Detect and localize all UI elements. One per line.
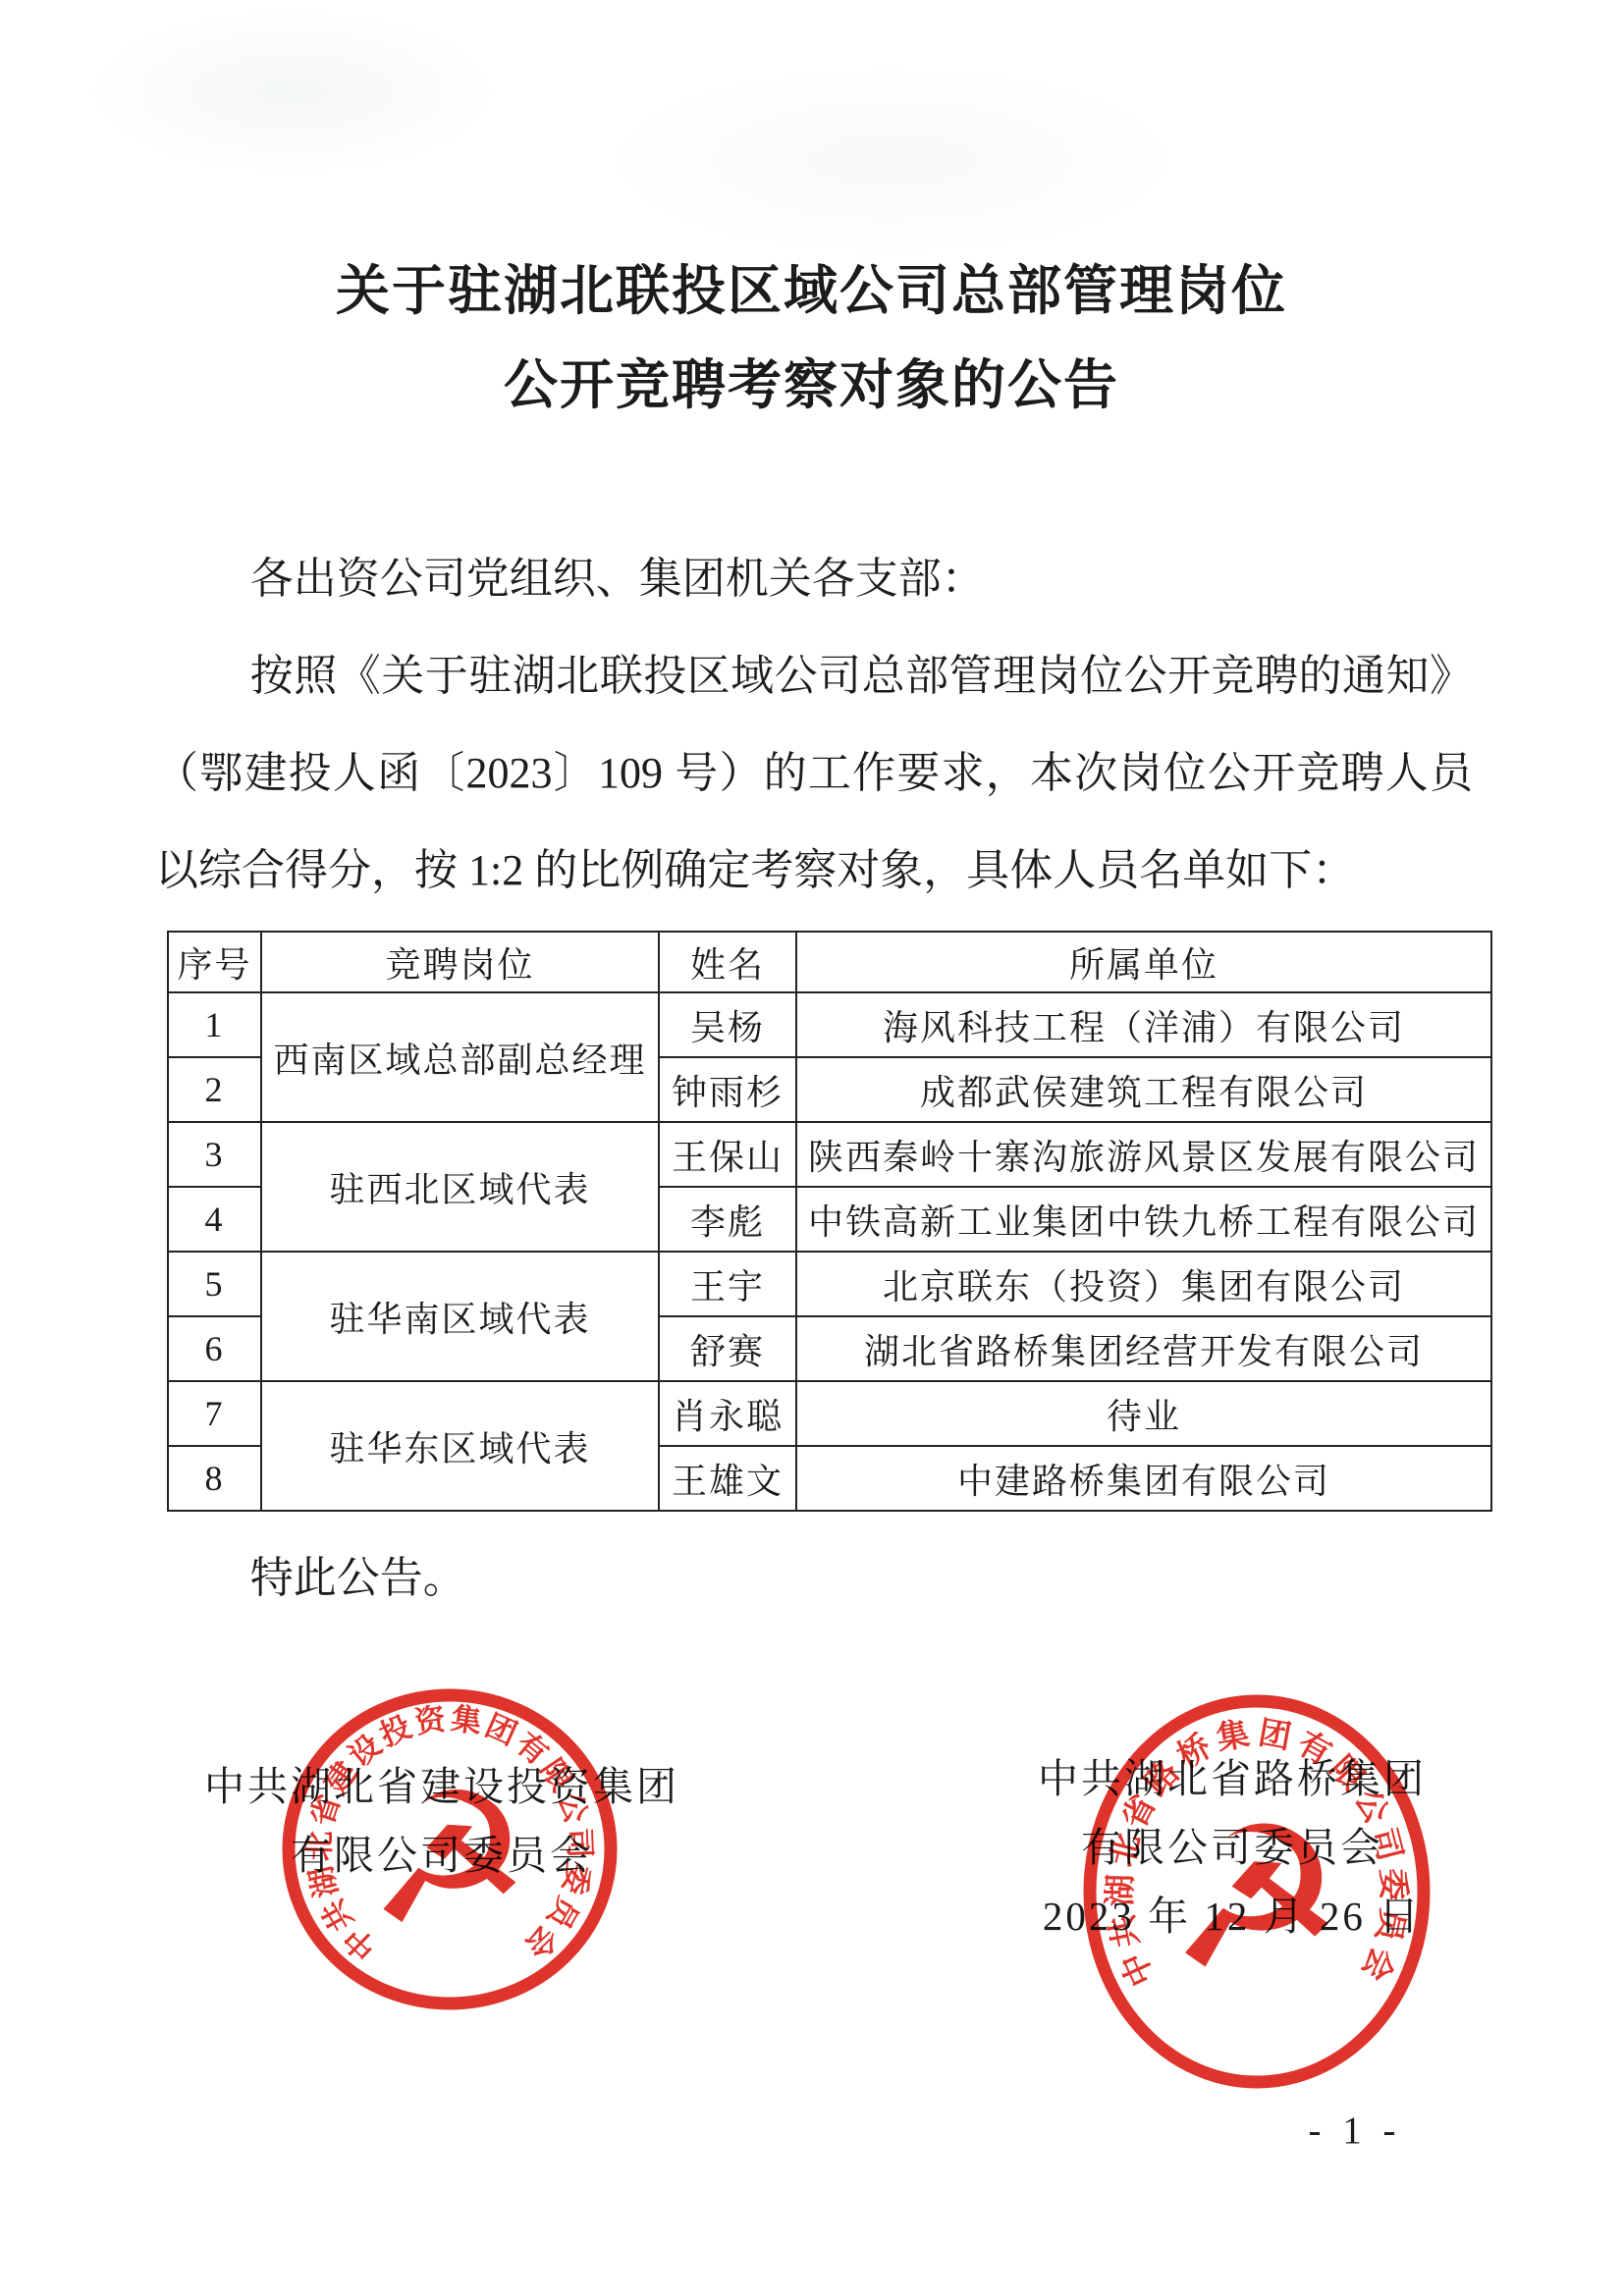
cell-name: 李彪 bbox=[659, 1187, 796, 1252]
cell-index: 8 bbox=[168, 1446, 261, 1511]
salutation: 各出资公司党组织、集团机关各支部： bbox=[155, 530, 1473, 627]
col-header-unit: 所属单位 bbox=[796, 932, 1491, 992]
cell-unit: 中铁高新工业集团中铁九桥工程有限公司 bbox=[796, 1187, 1491, 1252]
cell-unit: 中建路桥集团有限公司 bbox=[796, 1446, 1491, 1511]
table-row: 7 驻华东区域代表 肖永聪 待业 bbox=[168, 1381, 1491, 1446]
title-line-1: 关于驻湖北联投区域公司总部管理岗位 bbox=[0, 243, 1623, 338]
cell-unit: 湖北省路桥集团经营开发有限公司 bbox=[796, 1316, 1491, 1381]
hammer-sickle-icon: ☭ bbox=[368, 1753, 531, 1965]
cell-index: 4 bbox=[168, 1187, 261, 1252]
cell-unit: 海风科技工程（洋浦）有限公司 bbox=[796, 992, 1491, 1057]
cell-index: 5 bbox=[168, 1252, 261, 1316]
table-row: 5 驻华南区域代表 王宇 北京联东（投资）集团有限公司 bbox=[168, 1252, 1491, 1316]
cell-index: 3 bbox=[168, 1122, 261, 1187]
closing-statement: 特此公告。 bbox=[155, 1529, 1473, 1627]
cell-unit: 成都武侯建筑工程有限公司 bbox=[796, 1057, 1491, 1122]
cell-index: 2 bbox=[168, 1057, 261, 1122]
cell-index: 6 bbox=[168, 1316, 261, 1381]
cell-name: 肖永聪 bbox=[659, 1381, 796, 1446]
cell-name: 舒赛 bbox=[659, 1316, 796, 1381]
table-row: 3 驻西北区域代表 王保山 陕西秦岭十寨沟旅游风景区发展有限公司 bbox=[168, 1122, 1491, 1187]
table-header-row: 序号 竞聘岗位 姓名 所属单位 bbox=[168, 932, 1491, 992]
col-header-index: 序号 bbox=[168, 932, 261, 992]
document-title: 关于驻湖北联投区域公司总部管理岗位 公开竞聘考察对象的公告 bbox=[0, 0, 1623, 432]
hammer-sickle-icon: ☭ bbox=[1168, 1786, 1344, 2014]
party-seal-left-icon: 中共湖北省建设投资集团有限公司委员会 ☭ bbox=[273, 1681, 626, 2024]
title-line-2: 公开竞聘考察对象的公告 bbox=[0, 338, 1623, 432]
col-header-name: 姓名 bbox=[659, 932, 796, 992]
cell-index: 7 bbox=[168, 1381, 261, 1446]
cell-position: 西南区域总部副总经理 bbox=[261, 992, 659, 1122]
cell-name: 钟雨杉 bbox=[659, 1057, 796, 1122]
cell-name: 王保山 bbox=[659, 1122, 796, 1187]
candidates-table: 序号 竞聘岗位 姓名 所属单位 1 西南区域总部副总经理 吴杨 海风科技工程（洋… bbox=[167, 931, 1492, 1512]
intro-paragraph: 按照《关于驻湖北联投区域公司总部管理岗位公开竞聘的通知》（鄂建投人函〔2023〕… bbox=[155, 627, 1473, 919]
page-number: - 1 - bbox=[1271, 2109, 1438, 2153]
cell-index: 1 bbox=[168, 992, 261, 1057]
cell-unit: 陕西秦岭十寨沟旅游风景区发展有限公司 bbox=[796, 1122, 1491, 1187]
cell-name: 王宇 bbox=[659, 1252, 796, 1316]
cell-position: 驻华南区域代表 bbox=[261, 1252, 659, 1381]
party-seal-right-icon: 中共湖北省路桥集团有限公司委员会 ☭ bbox=[1070, 1685, 1443, 2098]
cell-name: 吴杨 bbox=[659, 992, 796, 1057]
cell-unit: 待业 bbox=[796, 1381, 1491, 1446]
table-row: 1 西南区域总部副总经理 吴杨 海风科技工程（洋浦）有限公司 bbox=[168, 992, 1491, 1057]
cell-unit: 北京联东（投资）集团有限公司 bbox=[796, 1252, 1491, 1316]
signature-area: 中共湖北省建设投资集团 有限公司委员会 中共湖北省路桥集团 有限公司委员会 20… bbox=[0, 1627, 1623, 2137]
document-page: 关于驻湖北联投区域公司总部管理岗位 公开竞聘考察对象的公告 各出资公司党组织、集… bbox=[0, 0, 1623, 2296]
cell-position: 驻西北区域代表 bbox=[261, 1122, 659, 1252]
col-header-position: 竞聘岗位 bbox=[261, 932, 659, 992]
cell-position: 驻华东区域代表 bbox=[261, 1381, 659, 1511]
cell-name: 王雄文 bbox=[659, 1446, 796, 1511]
